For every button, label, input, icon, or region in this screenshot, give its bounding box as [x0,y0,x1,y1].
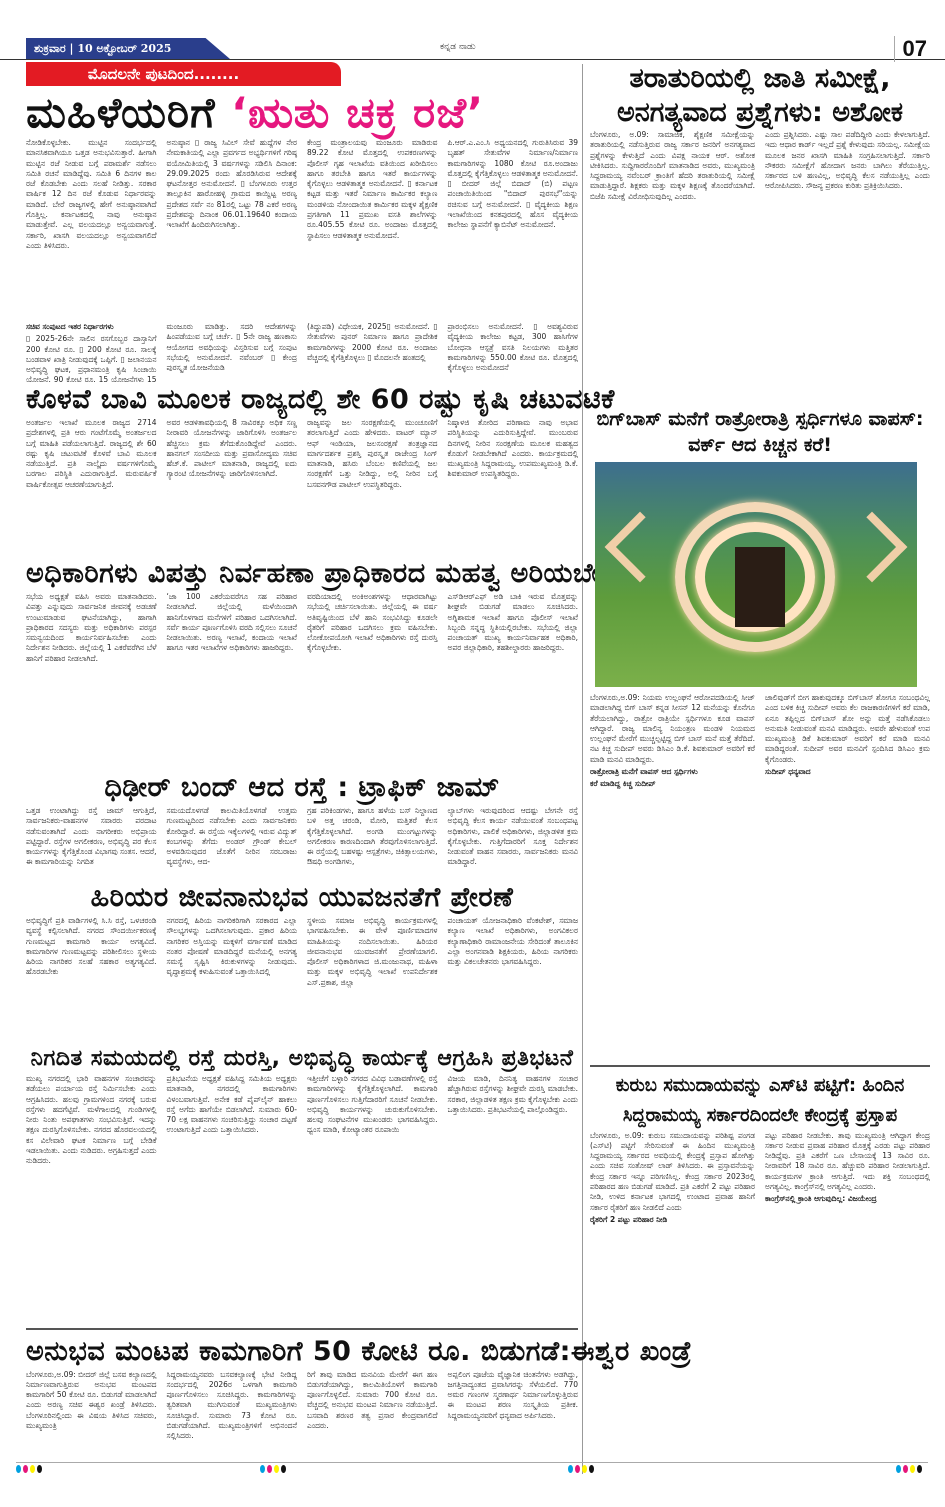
article-column: ಮುಖ್ಯ ನಗರದಲ್ಲಿ ಭಾರಿ ವಾಹನಗಳ ಸಂಚಾರವನ್ನು ತಡ… [26,1074,157,1322]
article-column: ರಾಜ್ಯವನ್ನು ಜಲ ಸಂರಕ್ಷಣೆಯಲ್ಲಿ ಮುಂಚೂಣಿಗೆ ತರ… [307,418,438,554]
story-traffic-jam: ಒತ್ತಡ ಉಂಟಾಗಿದ್ದು ರಸ್ತೆ ಜಾಮ್ ಆಗುತ್ತಿದೆ, ಸ… [26,806,578,880]
section-rule [26,1328,578,1330]
headline-road-protest: ನಿಗದಿತ ಸಮಯದಲ್ಲಿ ರಸ್ತೆ ದುರಸ್ತಿ, ಅಭಿವೃದ್ಧಿ… [26,1044,578,1074]
article-column: ಎಸ್‌ಡಿಆರ್‌ಎಫ್ ಅಡಿ ಬಾಕಿ ಇರುವ ಮೊತ್ತವನ್ನು ಶ… [448,592,579,768]
main-headline-black: ಮಹಿಳೆಯರಿಗೆ [26,88,216,137]
article-column: ಸ್ಥಳೀಯ ಸಮಾಜ ಅಭಿವೃದ್ಧಿ ಕಾರ್ಯಕ್ರಮಗಳಲ್ಲಿ ಭಾ… [307,916,438,1042]
article-column: ವಿಜಯ ಮಾಡಿ, ದಿನನಿತ್ಯ ವಾಹನಗಳ ಸಂಚಾರ ಹೆಚ್ಚಾಗ… [448,1074,579,1322]
headline-elders: ಹಿರಿಯರ ಜೀವನಾನುಭವ ಯುವಜನತೆಗೆ ಪ್ರೇರಣೆ [26,880,578,916]
story-kuruba-st: ಬೆಂಗಳೂರು, ಅ.09: ಕುರುಬ ಸಮುದಾಯವನ್ನು ಪರಿಶಿಷ… [590,1131,930,1471]
subhead: ರೈತರಿಗೆ 2 ಪಟ್ಟು ಪರಿಹಾರ ನೀಡಿ [590,1215,755,1225]
photo-doorway [735,547,785,627]
article-column: ಪ್ರತಿಭಟನೆಯ ಅಧ್ಯಕ್ಷತೆ ವಹಿಸಿದ್ದ ಸಮಿತಿಯ ಅಧ್… [167,1074,298,1322]
story-disaster-authority: ಸಭೆಯ ಅಧ್ಯಕ್ಷತೆ ವಹಿಸಿ ಅವರು ಮಾತನಾಡಿದರು. ವಿ… [26,592,578,770]
page-number: 07 [894,36,927,62]
paper-name: ಕನ್ನಡ ನಾಡು [440,42,476,52]
headline-bigboss: ಬಿಗ್‌ಬಾಸ್ ಮನೆಗೆ ರಾತ್ರೋರಾತ್ರಿ ಸ್ಪರ್ಧಿಗಳೂ … [590,406,930,458]
article-column: ವರದಿಯಾದಲ್ಲಿ ಅಂಕಿಅಂಶಗಳನ್ನು ಆಧಾರವಾಗಿಟ್ಟು ಸ… [307,592,438,768]
article-column: ಎಂದು ಪ್ರಶ್ನಿಸಿದರು. ಎಷ್ಟು ಸಾಲ ಪಡೆದಿದ್ದೀರಿ… [765,130,930,400]
article-column: ಪಿ.ಆರ್.ಎ.ಎಂ.ಸಿ ಅಧ್ಯಯನದಲ್ಲಿ ಗುರುತಿಸಿರುವ 3… [448,138,579,320]
article-column: ▯ 2025-26ನೇ ಸಾಲಿನ ರಸಗೊಬ್ಬರ ದಾಸ್ತಾನಿಗೆ 20… [26,334,157,382]
registration-mark [260,1465,286,1473]
story-road-protest: ಮುಖ್ಯ ನಗರದಲ್ಲಿ ಭಾರಿ ವಾಹನಗಳ ಸಂಚಾರವನ್ನು ತಡ… [26,1074,578,1324]
article-column: ಬೆಂಗಳೂರು, ಅ.09: ಕುರುಬ ಸಮುದಾಯವನ್ನು ಪರಿಶಿಷ… [590,1131,755,1213]
subhead: ಕರೆ ಮಾಡಿದ್ದ ಕಿಚ್ಚ ಸುದೀಪ್ [590,779,755,789]
article-column: ಅಂತರ್ಜಲ ಇಲಾಖೆ ಮೂಲಕ ರಾಜ್ಯದ 2714 ಪ್ರದೇಶಗಳಲ… [26,418,157,554]
article-column: ಅವರ ಆಡಳಿತಾವಧಿಯಲ್ಲಿ 8 ಸಾವಿರಕ್ಕೂ ಅಧಿಕ ಸಣ್ಣ… [167,418,298,554]
article-column: ಬೆಂಗಳೂರು, ಅ.09: ಸಾಮಾಜಿಕ, ಶೈಕ್ಷಣಿಕ ಸಮೀಕ್ಷ… [590,130,755,400]
article-column: ‘ಜಾ 100 ಎಕರೆಯವರೆಗೂ ಸಹ ಪರಿಹಾರ ನೀಡಲಾಗಿದೆ. … [167,592,298,768]
masthead: ಶುಕ್ರವಾರ | 10 ಅಕ್ಟೋಬರ್ 2025 ಕನ್ನಡ ನಾಡು 0… [0,38,945,60]
column-divider [582,64,583,1474]
article-column: ಪಟ್ಟು ಪರಿಹಾರ ನೀಡಬೇಕು. ತಾವು ಮುಖ್ಯಮಂತ್ರಿ ಆ… [765,1131,930,1193]
subhead: ಸಚಿವ ಸಂಪುಟದ ಇತರ ನಿರ್ಧಾರಗಳು [26,322,157,332]
registration-mark [896,1465,922,1473]
article-column: ಮಂಜೂರು ಮಾಡಿತ್ತು. ಸದರಿ ಆದೇಶಗಳನ್ನು ಹಿಂಪಡೆಯ… [167,322,298,382]
main-headline: ಮಹಿಳೆಯರಿಗೆ ‘ಋತು ಚಕ್ರ ರಜೆ’ [26,88,578,138]
article-column: ಇತ್ತೀಚೆಗೆ ಬಳ್ಳಾರಿ ನಗರದ ವಿವಿಧ ಬಡಾವಣೆಗಳಲ್ಲ… [307,1074,438,1322]
headline-caste-survey: ತರಾತುರಿಯಲ್ಲಿ ಜಾತಿ ಸಮೀಕ್ಷೆ, ಅನಗತ್ಯವಾದ ಪ್ರ… [590,62,930,130]
story-menstrual-leave: ನೋಡಿಕೊಳ್ಳಬೇಕು. ಮುಟ್ಟಿನ ಸಂದರ್ಭದಲ್ಲಿ ಮಾನಸಿ… [26,138,578,322]
article-column: ನೋಡಿಕೊಳ್ಳಬೇಕು. ಮುಟ್ಟಿನ ಸಂದರ್ಭದಲ್ಲಿ ಮಾನಸಿ… [26,138,157,320]
article-column: ಒತ್ತಡ ಉಂಟಾಗಿದ್ದು ರಸ್ತೆ ಜಾಮ್ ಆಗುತ್ತಿದೆ, ಸ… [26,806,157,878]
article-column: ಪ್ರಾರಂಭಿಸಲು ಅನುಮೋದನೆ. ▯ ಅವಶ್ಯವಿರುವ ವೈದ್ಯ… [448,322,579,382]
main-headline-pink: ‘ಋತು ಚಕ್ರ ರಜೆ’ [231,88,484,137]
article-column: ಅಪ್ಪಲಿಂಗ ಪೂಜೆಯ ವೈಜ್ಞಾನಿಕ ಚಿಂತನೆಗಳು ಅಡಗಿದ… [448,1370,579,1456]
article-column: ಅಭಿವೃದ್ಧಿಗೆ ಪ್ರತಿ ವಾರ್ಡಿಗಳಲ್ಲಿ ಸಿ.ಸಿ ರಸ್… [26,916,157,1042]
story-cabinet-decisions: ಸಚಿವ ಸಂಪುಟದ ಇತರ ನಿರ್ಧಾರಗಳು ▯ 2025-26ನೇ ಸ… [26,322,578,382]
article-column: ಅನುಷ್ಠಾನ ▯ ರಾಜ್ಯ ಸಿವಿಲ್ ಸೇವೆ ಹುದ್ದೆಗಳ ನೇ… [167,138,298,320]
front-page-continuation-banner: ಮೊದಲನೇ ಪುಟದಿಂದ........ [26,62,341,86]
article-column: ಲ್ಯಾಬ್‌ಗಳು ಇರುವುದರಿಂದ ಆದಷ್ಟು ಬೇಗನೇ ರಸ್ತೆ… [448,806,579,878]
article-column: ಪಂಚಾಯತ್ ಯೋಜನಾಧಿಕಾರಿ ವೆಂಕಟೇಶ್, ಸಮಾಜ ಕಲ್ಯಾ… [448,916,579,1042]
story-caste-survey: ಬೆಂಗಳೂರು, ಅ.09: ಸಾಮಾಜಿಕ, ಶೈಕ್ಷಣಿಕ ಸಮೀಕ್ಷ… [590,130,930,402]
article-column: ಬೆಂಗಳೂರು,ಅ.09: ಬೀದರ್ ಜಿಲ್ಲೆ ಬಸವ ಕಲ್ಯಾಣದಲ… [26,1370,157,1456]
right-section: ತರಾತುರಿಯಲ್ಲಿ ಜಾತಿ ಸಮೀಕ್ಷೆ, ಅನಗತ್ಯವಾದ ಪ್ರ… [590,62,930,1471]
article-column: (ತಿದ್ದುಪಡಿ) ವಿಧೇಯಕ, 2025▯ ಅನುಮೋದನೆ. ▯ ಸೇ… [307,322,438,382]
subhead: ರಾತ್ರೋರಾತ್ರಿ ಮನೆಗೆ ವಾಪಸ್ ಆದ ಸ್ಪರ್ಧಿಗಳು [590,767,755,777]
section-rule [590,1065,930,1067]
article-column: ಬೆಂಗಳೂರು,ಅ.09: ನಿಯಮ ಉಲ್ಲಂಘನೆ ಆರೋಪದಡಿಯಲ್ಲ… [590,693,755,765]
story-anubhava-mantapa: ಬೆಂಗಳೂರು,ಅ.09: ಬೀದರ್ ಜಿಲ್ಲೆ ಬಸವ ಕಲ್ಯಾಣದಲ… [26,1370,578,1458]
article-column: ನಗರದಲ್ಲಿ ಹಿರಿಯ ನಾಗರಿಕರಿಗಾಗಿ ಸರಕಾರದ ಎಲ್ಲಾ… [167,916,298,1042]
article-column: ನಿಷ್ಕಾಳಜಿ ತೋರಿದ ಪರಿಣಾಮ ನಾವು ಅಭಾವ ಪರಿಸ್ಥಿ… [448,418,579,554]
headline-borewell: ಕೊಳವೆ ಬಾವಿ ಮೂಲಕ ರಾಜ್ಯದಲ್ಲಿ ಶೇ 60 ರಷ್ಟು ಕ… [26,382,578,418]
subhead: ಸುದೀಪ್ ಧನ್ಯವಾದ [765,767,930,777]
article-column: ರಿಗೆ ತಾವು ಮಾಡಿದ ಮನವಿಯ ಮೇರೆಗೆ ಈಗ ಹಣ ಬಿಡುಗ… [307,1370,438,1456]
article-column: ಸಿದ್ದರಾಮಯ್ಯನವರು ಬಸವಕಲ್ಯಾಣಕ್ಕೆ ಭೇಟಿ ನೀಡಿದ… [167,1370,298,1456]
date-tab: ಶುಕ್ರವಾರ | 10 ಅಕ್ಟೋಬರ್ 2025 [26,38,230,59]
registration-mark [16,1465,42,1473]
newspaper-page: ಶುಕ್ರವಾರ | 10 ಅಕ್ಟೋಬರ್ 2025 ಕನ್ನಡ ನಾಡು 0… [0,0,945,1507]
story-bigboss: ಬೆಂಗಳೂರು,ಅ.09: ನಿಯಮ ಉಲ್ಲಂಘನೆ ಆರೋಪದಡಿಯಲ್ಲ… [590,693,930,1061]
registration-mark [568,1465,594,1473]
headline-traffic-jam: ಧಿಢೀರ್ ಬಂದ್ ಆದ ರಸ್ತೆ : ಟ್ರಾಫಿಕ್ ಜಾಮ್ [26,770,578,806]
bottom-rule [16,1462,928,1463]
article-column: ಕೇಂದ್ರ ಮಂತ್ರಾಲಯವು ಮಂಜೂರು ಮಾಡಿರುವ 89.22 ಕ… [307,138,438,320]
headline-anubhava-mantapa: ಅನುಭವ ಮಂಟಪ ಕಾಮಗಾರಿಗೆ 50 ಕೋಟಿ ರೂ. ಬಿಡುಗಡೆ… [26,1334,578,1370]
story-borewell: ಅಂತರ್ಜಲ ಇಲಾಖೆ ಮೂಲಕ ರಾಜ್ಯದ 2714 ಪ್ರದೇಶಗಳಲ… [26,418,578,556]
article-column: ಗ್ರಹ ಪರಿಕಿಂಡಗಳು, ಹಾಗೂ ಹಳೆಯ ಬಸ್ ನಿಲ್ದಾಣದ … [307,806,438,878]
headline-disaster-authority: ಅಧಿಕಾರಿಗಳು ವಿಪತ್ತು ನಿರ್ವಹಣಾ ಪ್ರಾಧಿಕಾರದ ಮ… [26,556,578,592]
article-column: ಸಮಯದೊಳಗಡೆ ಕಾಲಮಿತಿಯೊಳಗಡೆ ಉತ್ತಮ ಗುಣಮಟ್ಟದಿಂ… [167,806,298,878]
bigboss-house-photo [595,462,917,687]
article-column: ಸಭೆಯ ಅಧ್ಯಕ್ಷತೆ ವಹಿಸಿ ಅವರು ಮಾತನಾಡಿದರು. ವಿ… [26,592,157,768]
article-column: ಜಾಲಿವುಡ್‌ಗೆ ಬೀಗ ಹಾಕುವುದಕ್ಕೂ ಬಿಗ್‌ಬಾಸ್ ಶೋ… [765,693,930,765]
subhead: ಕಾಂಗ್ರೆಸ್‌ನಲ್ಲಿ ಕ್ರಾಂತಿ ಆಗುವುದಿಲ್ಲ: ವಿಜಯ… [765,1194,930,1204]
story-elders: ಅಭಿವೃದ್ಧಿಗೆ ಪ್ರತಿ ವಾರ್ಡಿಗಳಲ್ಲಿ ಸಿ.ಸಿ ರಸ್… [26,916,578,1044]
headline-kuruba-st: ಕುರುಬ ಸಮುದಾಯವನ್ನು ಎಸ್‌ಟಿ ಪಟ್ಟಿಗೆ: ಹಿಂದಿನ… [590,1071,930,1131]
left-section: ಮೊದಲನೇ ಪುಟದಿಂದ........ ಮಹಿಳೆಯರಿಗೆ ‘ಋತು ಚ… [26,62,578,1458]
